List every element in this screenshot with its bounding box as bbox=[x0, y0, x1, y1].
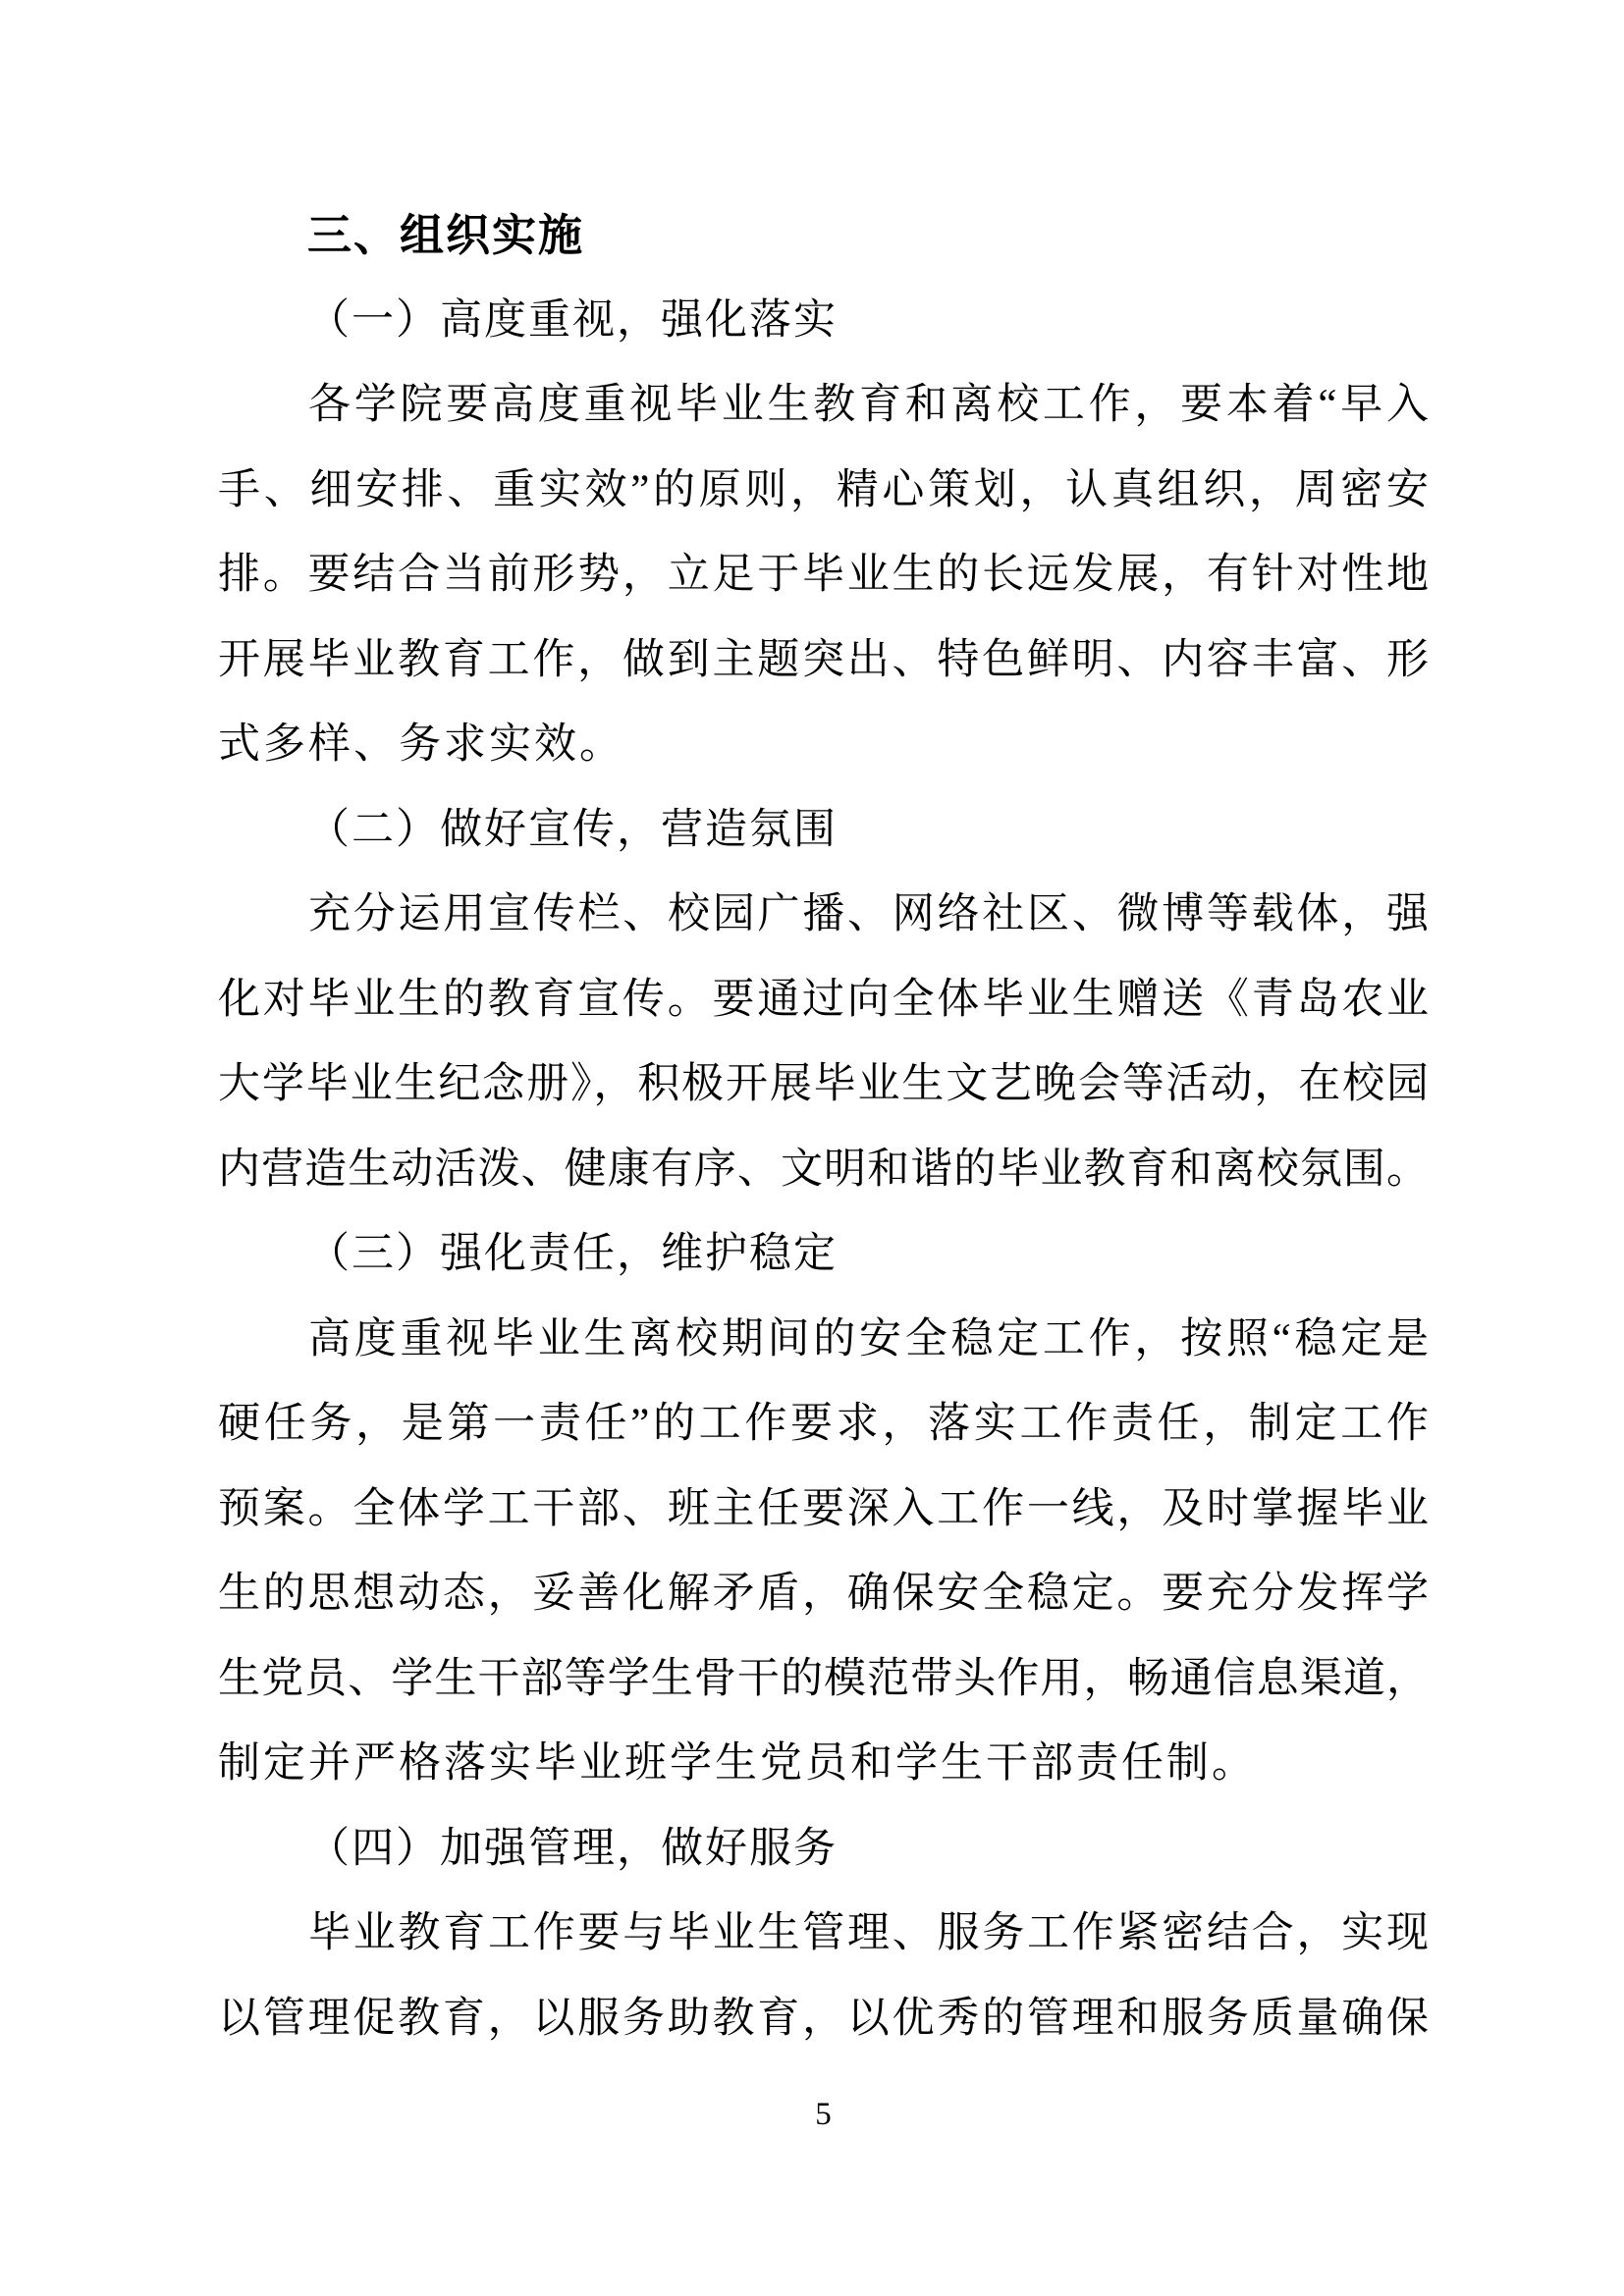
main-section-heading: 三、组织实施 bbox=[218, 193, 1429, 279]
subsection-1: （一）高度重视，强化落实 各学院要高度重视毕业生教育和离校工作，要本着“早入 手… bbox=[218, 279, 1429, 788]
subsection-2-heading: （二）做好宣传，营造氛围 bbox=[218, 788, 1429, 874]
text-line: 内营造生动活泼、健康有序、文明和谐的毕业教育和离校氛围。 bbox=[218, 1128, 1429, 1213]
subsection-3-heading: （三）强化责任，维护稳定 bbox=[218, 1212, 1429, 1298]
text-line: 开展毕业教育工作，做到主题突出、特色鲜明、内容丰富、形 bbox=[218, 618, 1429, 704]
text-line: 生的思想动态，妥善化解矛盾，确保安全稳定。要充分发挥学 bbox=[218, 1552, 1429, 1637]
text-line: 充分运用宣传栏、校园广播、网络社区、微博等载体，强 bbox=[218, 873, 1429, 958]
text-line: 生党员、学生干部等学生骨干的模范带头作用，畅通信息渠道， bbox=[218, 1637, 1429, 1723]
text-line: 以管理促教育，以服务助教育，以优秀的管理和服务质量确保 bbox=[218, 1977, 1429, 2062]
text-line: 高度重视毕业生离校期间的安全稳定工作，按照“稳定是 bbox=[218, 1298, 1429, 1383]
text-line: 排。要结合当前形势，立足于毕业生的长远发展，有针对性地 bbox=[218, 533, 1429, 618]
text-line: 手、细安排、重实效”的原则，精心策划，认真组织，周密安 bbox=[218, 449, 1429, 534]
text-line: 硬任务，是第一责任”的工作要求，落实工作责任，制定工作 bbox=[218, 1382, 1429, 1468]
subsection-1-heading: （一）高度重视，强化落实 bbox=[218, 279, 1429, 364]
text-line: 制定并严格落实毕业班学生党员和学生干部责任制。 bbox=[218, 1722, 1429, 1807]
subsection-3: （三）强化责任，维护稳定 高度重视毕业生离校期间的安全稳定工作，按照“稳定是 硬… bbox=[218, 1212, 1429, 1807]
page-number: 5 bbox=[218, 2093, 1429, 2136]
text-line: 大学毕业生纪念册》，积极开展毕业生文艺晚会等活动，在校园 bbox=[218, 1042, 1429, 1128]
text-line: 预案。全体学工干部、班主任要深入工作一线，及时掌握毕业 bbox=[218, 1468, 1429, 1553]
text-line: 各学院要高度重视毕业生教育和离校工作，要本着“早入 bbox=[218, 363, 1429, 449]
subsection-2: （二）做好宣传，营造氛围 充分运用宣传栏、校园广播、网络社区、微博等载体，强 化… bbox=[218, 788, 1429, 1213]
page-body: 三、组织实施 （一）高度重视，强化落实 各学院要高度重视毕业生教育和离校工作，要… bbox=[218, 193, 1429, 2061]
subsection-4-heading: （四）加强管理，做好服务 bbox=[218, 1807, 1429, 1893]
text-line: 式多样、务求实效。 bbox=[218, 703, 1429, 788]
text-line: 化对毕业生的教育宣传。要通过向全体毕业生赠送《青岛农业 bbox=[218, 958, 1429, 1043]
subsection-4: （四）加强管理，做好服务 毕业教育工作要与毕业生管理、服务工作紧密结合，实现 以… bbox=[218, 1807, 1429, 2062]
text-line: 毕业教育工作要与毕业生管理、服务工作紧密结合，实现 bbox=[218, 1892, 1429, 1977]
document-page: 三、组织实施 （一）高度重视，强化落实 各学院要高度重视毕业生教育和离校工作，要… bbox=[0, 0, 1624, 2296]
